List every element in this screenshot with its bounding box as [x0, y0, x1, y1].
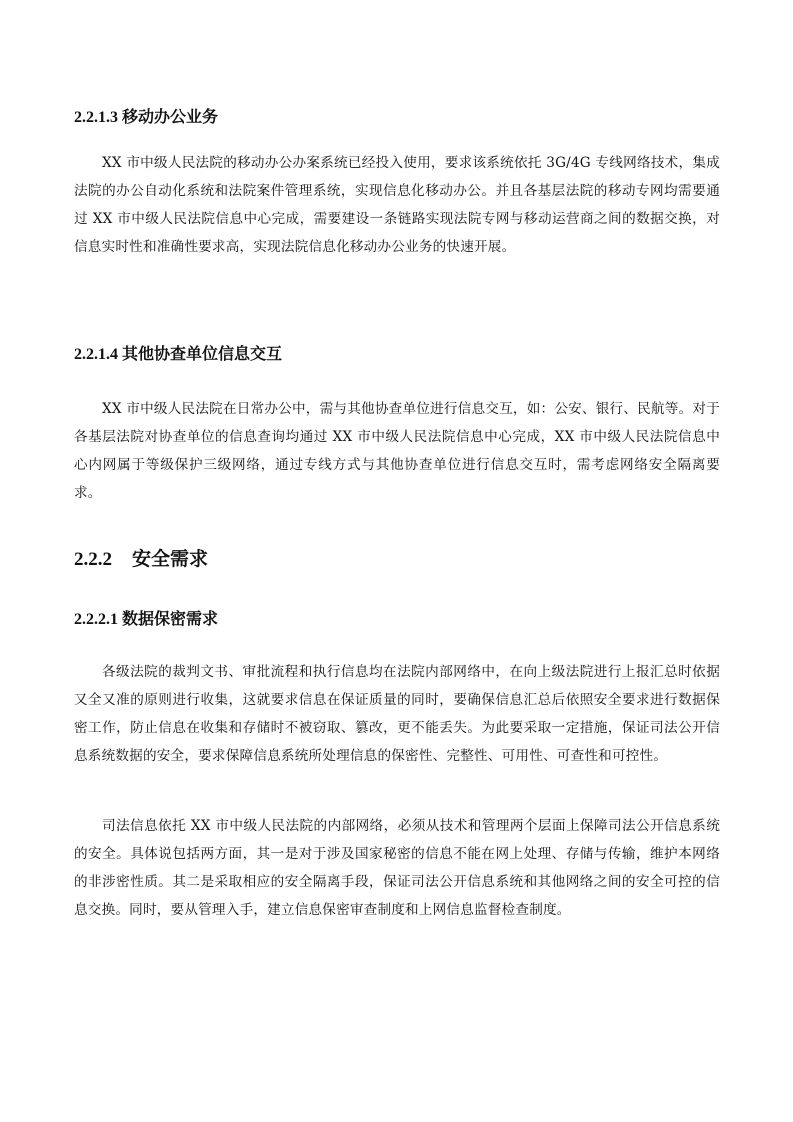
- section-title: 安全需求: [132, 549, 208, 570]
- paragraph-mobile-office: XX 市中级人民法院的移动办公办案系统已经投入使用，要求该系统依托 3G/4G …: [74, 149, 720, 261]
- section-heading-2-2-1-3: 2.2.1.3 移动办公业务: [74, 108, 218, 128]
- paragraph-data-confidentiality: 各级法院的裁判文书、审批流程和执行信息均在法院内部网络中，在向上级法院进行上报汇…: [74, 658, 720, 770]
- section-heading-2-2-2-1: 2.2.2.1 数据保密需求: [74, 610, 218, 630]
- paragraph-judicial-info-security: 司法信息依托 XX 市中级人民法院的内部网络，必须从技术和管理两个层面上保障司法…: [74, 812, 720, 924]
- section-heading-2-2-1-4: 2.2.1.4 其他协查单位信息交互: [74, 345, 282, 365]
- section-number: 2.2.2: [74, 548, 132, 572]
- paragraph-info-exchange: XX 市中级人民法院在日常办公中，需与其他协查单位进行信息交互，如：公安、银行、…: [74, 395, 720, 507]
- section-heading-2-2-2: 2.2.2安全需求: [74, 548, 208, 572]
